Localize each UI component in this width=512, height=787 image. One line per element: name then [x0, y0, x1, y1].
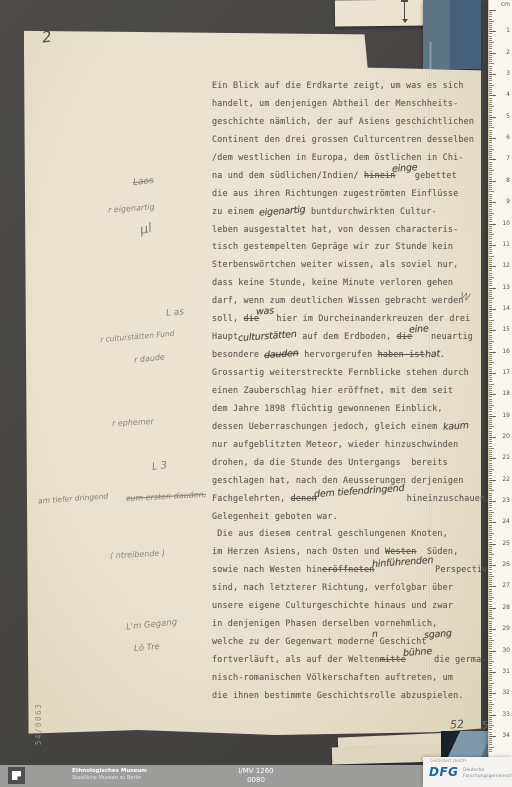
ruler-mm-tick [489, 689, 492, 690]
ruler-mm-tick [489, 211, 492, 212]
ruler-mm-tick [489, 369, 492, 370]
ruler-mm-tick [489, 710, 492, 711]
ruler-mm-tick [489, 563, 492, 564]
ruler-mm-tick [489, 121, 492, 122]
ruler-mm-tick [489, 467, 492, 468]
edit-segment: was [256, 306, 275, 318]
typed-line: fortverläuft, als auf der Weltenmittebüh… [212, 654, 474, 672]
ruler-number: 25 [502, 540, 510, 547]
typed-segment: . [440, 349, 445, 359]
typed-line: leben ausgestaltet hat, von dessen chara… [212, 224, 474, 242]
ruler-mm-tick [489, 463, 492, 464]
ruler-mm-tick [489, 70, 492, 71]
ruler-mm-tick [489, 313, 492, 314]
ruler-mm-tick [489, 174, 492, 175]
ruler-cm-tick [489, 480, 496, 481]
ruler-mm-tick [489, 217, 492, 218]
ruler-mm-tick [489, 375, 492, 376]
typed-segment: fortverläuft, als auf der Welten [212, 654, 380, 664]
ruler-mm-tick [489, 422, 492, 423]
ruler-mm-tick [489, 281, 492, 282]
ruler-number: 13 [502, 284, 510, 291]
typed-segment: Continent den drei grossen Culturcentren… [212, 134, 474, 144]
typed-line: /dem westlichen in Europa, dem östlichen… [212, 152, 474, 170]
ruler-number: 15 [502, 326, 510, 333]
ruler-cm-tick [489, 224, 496, 225]
typed-segment: handelt, um denjenigen Abtheil der Mensc… [212, 98, 458, 108]
ruler-cm-tick [489, 672, 496, 673]
typed-segment: Die aus diesem central geschlungenen Kno… [212, 528, 448, 538]
ruler-mm-tick [489, 680, 492, 681]
ruler-mm-tick [489, 591, 492, 592]
ruler-mm-tick [489, 230, 492, 231]
ruler-number: 9 [506, 198, 510, 205]
ruler-mm-tick [489, 546, 492, 547]
ruler-mm-tick [489, 296, 492, 297]
ruler-mm-tick [489, 636, 492, 637]
ruler-mm-tick [489, 450, 492, 451]
funding-note: Gefördert durch [430, 759, 466, 764]
ruler-mm-tick [489, 247, 492, 248]
ruler-cm-tick [489, 74, 496, 75]
typed-segment: auf dem Erdboden, [297, 331, 397, 341]
ruler-mm-tick [489, 606, 492, 607]
ruler-number: 5 [506, 113, 510, 120]
ruler-mm-tick [489, 285, 492, 286]
ruler-mm-tick [489, 535, 492, 536]
typed-line: Sterbenswörtchen weiter wissen, als sovi… [212, 259, 474, 277]
ruler-mm-tick [489, 153, 492, 154]
ruler-mm-tick [489, 631, 492, 632]
dfg-name-line2: Forschungsgemeinschaft [463, 774, 512, 780]
ruler-mm-tick [489, 616, 492, 617]
ruler-cm-tick [489, 117, 496, 118]
ruler-number: 6 [506, 134, 510, 141]
ruler-mm-tick [489, 396, 492, 397]
ruler-mm-tick [489, 364, 492, 365]
ruler-mm-tick [489, 717, 492, 718]
ruler-mm-tick [489, 411, 492, 412]
ruler-cm-tick [489, 693, 496, 694]
ruler-mm-tick [489, 294, 492, 295]
ruler-mm-tick [489, 46, 492, 47]
ruler-mm-tick [489, 420, 492, 421]
ruler-number: 22 [502, 476, 510, 483]
ruler-mm-tick [489, 561, 492, 562]
ruler-mm-tick [489, 213, 494, 214]
ruler-mm-tick [489, 659, 492, 660]
handwritten-note: W [459, 291, 471, 304]
pencil-arrow-mark [404, 2, 405, 20]
ruler-mm-tick [489, 151, 492, 152]
ruler-mm-tick [489, 339, 492, 340]
ruler-mm-tick [489, 187, 492, 188]
typed-segment: Grossartig weiterstreckte Fernblicke ste… [212, 367, 469, 377]
ruler-mm-tick [489, 72, 492, 73]
ruler-mm-tick [489, 298, 494, 299]
ruler-mm-tick [489, 428, 492, 429]
ruler-mm-tick [489, 119, 492, 120]
ruler-number: 4 [506, 91, 510, 98]
ruler-mm-tick [489, 349, 492, 350]
ruler-mm-tick [489, 191, 494, 192]
ruler-mm-tick [489, 446, 492, 447]
ruler-mm-tick [489, 512, 494, 513]
typed-segment: Fachgelehrten, [212, 493, 291, 503]
ruler-mm-tick [489, 539, 492, 540]
ruler-mm-tick [489, 465, 492, 466]
ruler-mm-tick [489, 179, 492, 180]
ruler-cm-tick [489, 202, 496, 203]
typed-segment: Ein Blick auf die Erdkarte zeigt, um was… [212, 80, 464, 90]
typed-line: Gelegenheit geboten war. [212, 511, 474, 529]
typed-line: Fachgelehrten, denendem tiefendringend h… [212, 493, 474, 511]
ruler-mm-tick [489, 527, 492, 528]
typed-segment: dessen Ueberraschungen jedoch, gleich ei… [212, 421, 443, 431]
ruler-mm-tick [489, 123, 492, 124]
ruler-mm-tick [489, 747, 494, 748]
ruler-mm-tick [489, 627, 492, 628]
scanned-document-viewer: Ein Blick auf die Erdkarte zeigt, um was… [0, 0, 512, 787]
ruler-mm-tick [489, 268, 492, 269]
ruler-mm-tick [489, 66, 492, 67]
typed-segment: die ihnen bestimmte Geschichtsrolle abzu… [212, 690, 464, 700]
ruler-mm-tick [489, 358, 492, 359]
ruler-mm-tick [489, 12, 492, 13]
ruler-mm-tick [489, 157, 492, 158]
ruler-mm-tick [489, 657, 492, 658]
ruler-mm-tick [489, 505, 492, 506]
ruler-mm-tick [489, 61, 492, 62]
ruler-mm-tick [489, 343, 492, 344]
ruler-mm-tick [489, 258, 492, 259]
ruler-mm-tick [489, 228, 492, 229]
typed-segment: hier im Durcheinanderkreuzen der drei [271, 313, 470, 323]
ruler-mm-tick [489, 275, 492, 276]
ruler-mm-tick [489, 19, 492, 20]
ruler-mm-tick [489, 550, 492, 551]
ruler-mm-tick [489, 185, 492, 186]
ruler-mm-tick [489, 168, 492, 169]
ruler-mm-tick [489, 648, 492, 649]
typed-line: die ihnen bestimmte Geschichtsrolle abzu… [212, 690, 474, 708]
ruler-mm-tick [489, 572, 492, 573]
ruler-mm-tick [489, 55, 492, 56]
typed-line: sind, nach letzterer Richtung, verfolgba… [212, 582, 474, 600]
typed-segment: Sterbenswörtchen weiter wissen, als sovi… [212, 259, 458, 269]
typed-line: Hauptculturstätten auf dem Erdboden, die… [212, 331, 474, 349]
ruler-mm-tick [489, 80, 492, 81]
typed-segment: dem Jahre 1898 flüchtig gewonnenen Einbl… [212, 403, 443, 413]
ruler-mm-tick [489, 371, 492, 372]
typed-segment: besondere [212, 349, 264, 359]
typed-segment: sind, nach letzterer Richtung, verfolgba… [212, 582, 453, 592]
ruler-mm-tick [489, 529, 492, 530]
ruler-mm-tick [489, 700, 492, 701]
page-number-note: 2 [41, 27, 53, 46]
edit-segment: eigenartig [259, 204, 306, 218]
edit-segment: culturstätten [238, 329, 297, 344]
ruler-number: 23 [502, 497, 510, 504]
edit-segment: sgang [423, 628, 452, 641]
cm-ruler: cm 1234567891011121314151617181920212223… [488, 0, 512, 759]
ruler-mm-tick [489, 134, 492, 135]
ruler-mm-tick [489, 219, 492, 220]
ruler-mm-tick [489, 307, 492, 308]
ruler-mm-tick [489, 407, 492, 408]
ruler-mm-tick [489, 170, 494, 171]
ruler-mm-tick [489, 712, 492, 713]
ruler-mm-tick [489, 25, 492, 26]
ruler-mm-tick [489, 326, 492, 327]
ruler-mm-tick [489, 324, 492, 325]
ruler-cm-tick [489, 736, 496, 737]
typed-line: welche zu der Gegenwart modernen Geschic… [212, 636, 474, 654]
typed-segment: leben ausgestaltet hat, von dessen chara… [212, 224, 458, 234]
ruler-mm-tick [489, 40, 492, 41]
edit-segment: denen [291, 493, 317, 503]
ruler-mm-tick [489, 582, 492, 583]
ruler-mm-tick [489, 612, 492, 613]
ruler-mm-tick [489, 525, 492, 526]
ruler-mm-tick [489, 518, 492, 519]
typed-line: Continent den drei grossen Culturcentren… [212, 134, 474, 152]
archive-number-stamp: 54/0063 [34, 703, 43, 745]
ruler-mm-tick [489, 542, 492, 543]
ruler-mm-tick [489, 475, 492, 476]
typed-line: handelt, um denjenigen Abtheil der Mensc… [212, 98, 474, 116]
ruler-mm-tick [489, 115, 492, 116]
ruler-mm-tick [489, 104, 492, 105]
ruler-mm-tick [489, 452, 492, 453]
ruler-mm-tick [489, 127, 494, 128]
ruler-mm-tick [489, 409, 492, 410]
ruler-mm-tick [489, 232, 492, 233]
ruler-cm-tick [489, 288, 496, 289]
ruler-mm-tick [489, 236, 492, 237]
ruler-mm-tick [489, 59, 492, 60]
ruler-cm-tick [489, 95, 496, 96]
ruler-mm-tick [489, 640, 494, 641]
ruler-number: 7 [506, 155, 510, 162]
typed-segment: nisch-romanischen Völkerschaften auftret… [212, 672, 453, 682]
edit-segment: eine [409, 323, 429, 335]
typed-segment: die aus ihren Richtungen zugeströmten Ei… [212, 188, 458, 198]
ruler-number: 20 [502, 433, 510, 440]
typed-line: einen Zauberschlag hier eröffnet, mit de… [212, 385, 474, 403]
ruler-cm-tick [489, 715, 496, 716]
edit-segment: bühne [403, 646, 433, 659]
ruler-unit-label: cm [501, 1, 510, 8]
typed-segment: Geschicht [374, 636, 426, 646]
typed-line: geschichte nämlich, der auf Asiens gesch… [212, 116, 474, 134]
ruler-number: 16 [502, 348, 510, 355]
typed-segment: unsere eigene Culturgeschichte hinaus un… [212, 600, 453, 610]
ruler-cm-tick [489, 10, 496, 11]
ruler-mm-tick [489, 460, 492, 461]
ruler-mm-tick [489, 431, 492, 432]
typed-segment: gebettet [415, 170, 457, 180]
ruler-mm-tick [489, 140, 492, 141]
ruler-mm-tick [489, 554, 494, 555]
ruler-mm-tick [489, 243, 492, 244]
ruler-number: 14 [502, 305, 510, 312]
ruler-mm-tick [489, 189, 492, 190]
ruler-mm-tick [489, 625, 492, 626]
ruler-mm-tick [489, 63, 494, 64]
ruler-mm-tick [489, 98, 492, 99]
ruler-mm-tick [489, 576, 494, 577]
ruler-mm-tick [489, 691, 492, 692]
ruler-mm-tick [489, 574, 492, 575]
typed-segment: neuartig [426, 331, 473, 341]
ruler-mm-tick [489, 439, 492, 440]
ruler-number: 21 [502, 454, 510, 461]
ruler-mm-tick [489, 264, 492, 265]
ruler-mm-tick [489, 85, 494, 86]
ruler-mm-tick [489, 305, 492, 306]
ruler-mm-tick [489, 744, 492, 745]
ruler-cm-tick [489, 629, 496, 630]
ruler-mm-tick [489, 21, 494, 22]
ruler-mm-tick [489, 729, 492, 730]
ruler-mm-tick [489, 100, 492, 101]
ruler-mm-tick [489, 215, 492, 216]
ruler-cm-tick [489, 138, 496, 139]
ruler-mm-tick [489, 503, 492, 504]
ruler-cm-tick [489, 352, 496, 353]
ruler-mm-tick [489, 194, 492, 195]
typed-line: drohen, da die Stunde des Untergangs ber… [212, 457, 474, 475]
ruler-mm-tick [489, 490, 494, 491]
ruler-mm-tick [489, 379, 492, 380]
ruler-mm-tick [489, 593, 492, 594]
ruler-mm-tick [489, 273, 492, 274]
paper-edge-strip [335, 0, 428, 26]
ruler-number: 24 [502, 518, 510, 525]
ruler-mm-tick [489, 16, 492, 17]
ruler-mm-tick [489, 392, 492, 393]
typewritten-text-block: Ein Blick auf die Erdkarte zeigt, um was… [212, 80, 474, 708]
ruler-number: 33 [502, 711, 510, 718]
ruler-mm-tick [489, 38, 492, 39]
ruler-mm-tick [489, 315, 492, 316]
ruler-mm-tick [489, 377, 492, 378]
typed-line: zu einem eigenartig buntdurchwirkten Cul… [212, 206, 474, 224]
ruler-mm-tick [489, 653, 492, 654]
edit-segment: hinführenden [371, 555, 433, 570]
ruler-cm-tick [489, 544, 496, 545]
ruler-mm-tick [489, 441, 492, 442]
ruler-number: 19 [502, 412, 510, 419]
ruler-mm-tick [489, 486, 492, 487]
ruler-mm-tick [489, 381, 492, 382]
ruler-mm-tick [489, 414, 492, 415]
ruler-mm-tick [489, 488, 492, 489]
ruler-cm-tick [489, 522, 496, 523]
ruler-mm-tick [489, 234, 494, 235]
ruler-mm-tick [489, 514, 492, 515]
ruler-mm-tick [489, 448, 494, 449]
ruler-mm-tick [489, 125, 492, 126]
ruler-mm-tick [489, 27, 492, 28]
ruler-mm-tick [489, 708, 492, 709]
typed-segment: welche zu der Gegenwart moderne [212, 636, 375, 646]
ruler-mm-tick [489, 87, 492, 88]
ruler-mm-tick [489, 584, 492, 585]
ruler-number: 1 [506, 27, 510, 34]
ruler-mm-tick [489, 742, 492, 743]
ruler-number: 34 [502, 732, 510, 739]
ruler-cm-tick [489, 416, 496, 417]
ruler-mm-tick [489, 424, 492, 425]
ruler-cm-tick [489, 458, 496, 459]
typed-segment: na und dem südlichen/Indien/ [212, 170, 364, 180]
typed-line: Die aus diesem central geschlungenen Kno… [212, 528, 474, 546]
ruler-mm-tick [489, 621, 492, 622]
ruler-mm-tick [489, 644, 492, 645]
ruler-mm-tick [489, 337, 492, 338]
ruler-mm-tick [489, 482, 492, 483]
ruler-mm-tick [489, 292, 492, 293]
ruler-mm-tick [489, 354, 492, 355]
ruler-cm-tick [489, 245, 496, 246]
ruler-mm-tick [489, 341, 494, 342]
ruler-mm-tick [489, 209, 492, 210]
ruler-mm-tick [489, 29, 492, 30]
ruler-mm-tick [489, 614, 492, 615]
ruler-mm-tick [489, 14, 492, 15]
ruler-mm-tick [489, 638, 492, 639]
ruler-number: 28 [502, 604, 510, 611]
ruler-mm-tick [489, 661, 494, 662]
ruler-mm-tick [489, 93, 492, 94]
ruler-mm-tick [489, 206, 492, 207]
ruler-number: 18 [502, 390, 510, 397]
ruler-number: 12 [502, 262, 510, 269]
ruler-mm-tick [489, 740, 492, 741]
ruler-mm-tick [489, 604, 492, 605]
typed-line: dass keine Stunde, keine Minute verloren… [212, 277, 474, 295]
ruler-mm-tick [489, 674, 492, 675]
ruler-mm-tick [489, 721, 492, 722]
ruler-mm-tick [489, 279, 492, 280]
ruler-mm-tick [489, 142, 492, 143]
ruler-mm-tick [489, 484, 492, 485]
ruler-mm-tick [489, 678, 492, 679]
ruler-mm-tick [489, 23, 492, 24]
ruler-mm-tick [489, 403, 492, 404]
ruler-mm-tick [489, 405, 494, 406]
ruler-mm-tick [489, 277, 494, 278]
ruler-mm-tick [489, 106, 494, 107]
ruler-mm-tick [489, 108, 492, 109]
ruler-mm-tick [489, 533, 494, 534]
edit-segment: einge [392, 162, 418, 175]
ruler-mm-tick [489, 732, 492, 733]
ruler-mm-tick [489, 166, 492, 167]
ruler-mm-tick [489, 567, 492, 568]
typed-line: besondere dauden hervorgerufen haben ist… [212, 349, 474, 367]
ruler-mm-tick [489, 241, 492, 242]
typed-segment: hineinzuschauen, [401, 493, 490, 503]
ruler-mm-tick [489, 162, 492, 163]
typed-segment: darf, wenn zum deutlichen Wissen gebrach… [212, 295, 464, 305]
typed-line: soll, diewas hier im Durcheinanderkreuze… [212, 313, 474, 331]
ruler-mm-tick [489, 471, 492, 472]
ruler-mm-tick [489, 473, 492, 474]
typed-line: tisch gestempelten Gepräge wir zur Stund… [212, 241, 474, 259]
